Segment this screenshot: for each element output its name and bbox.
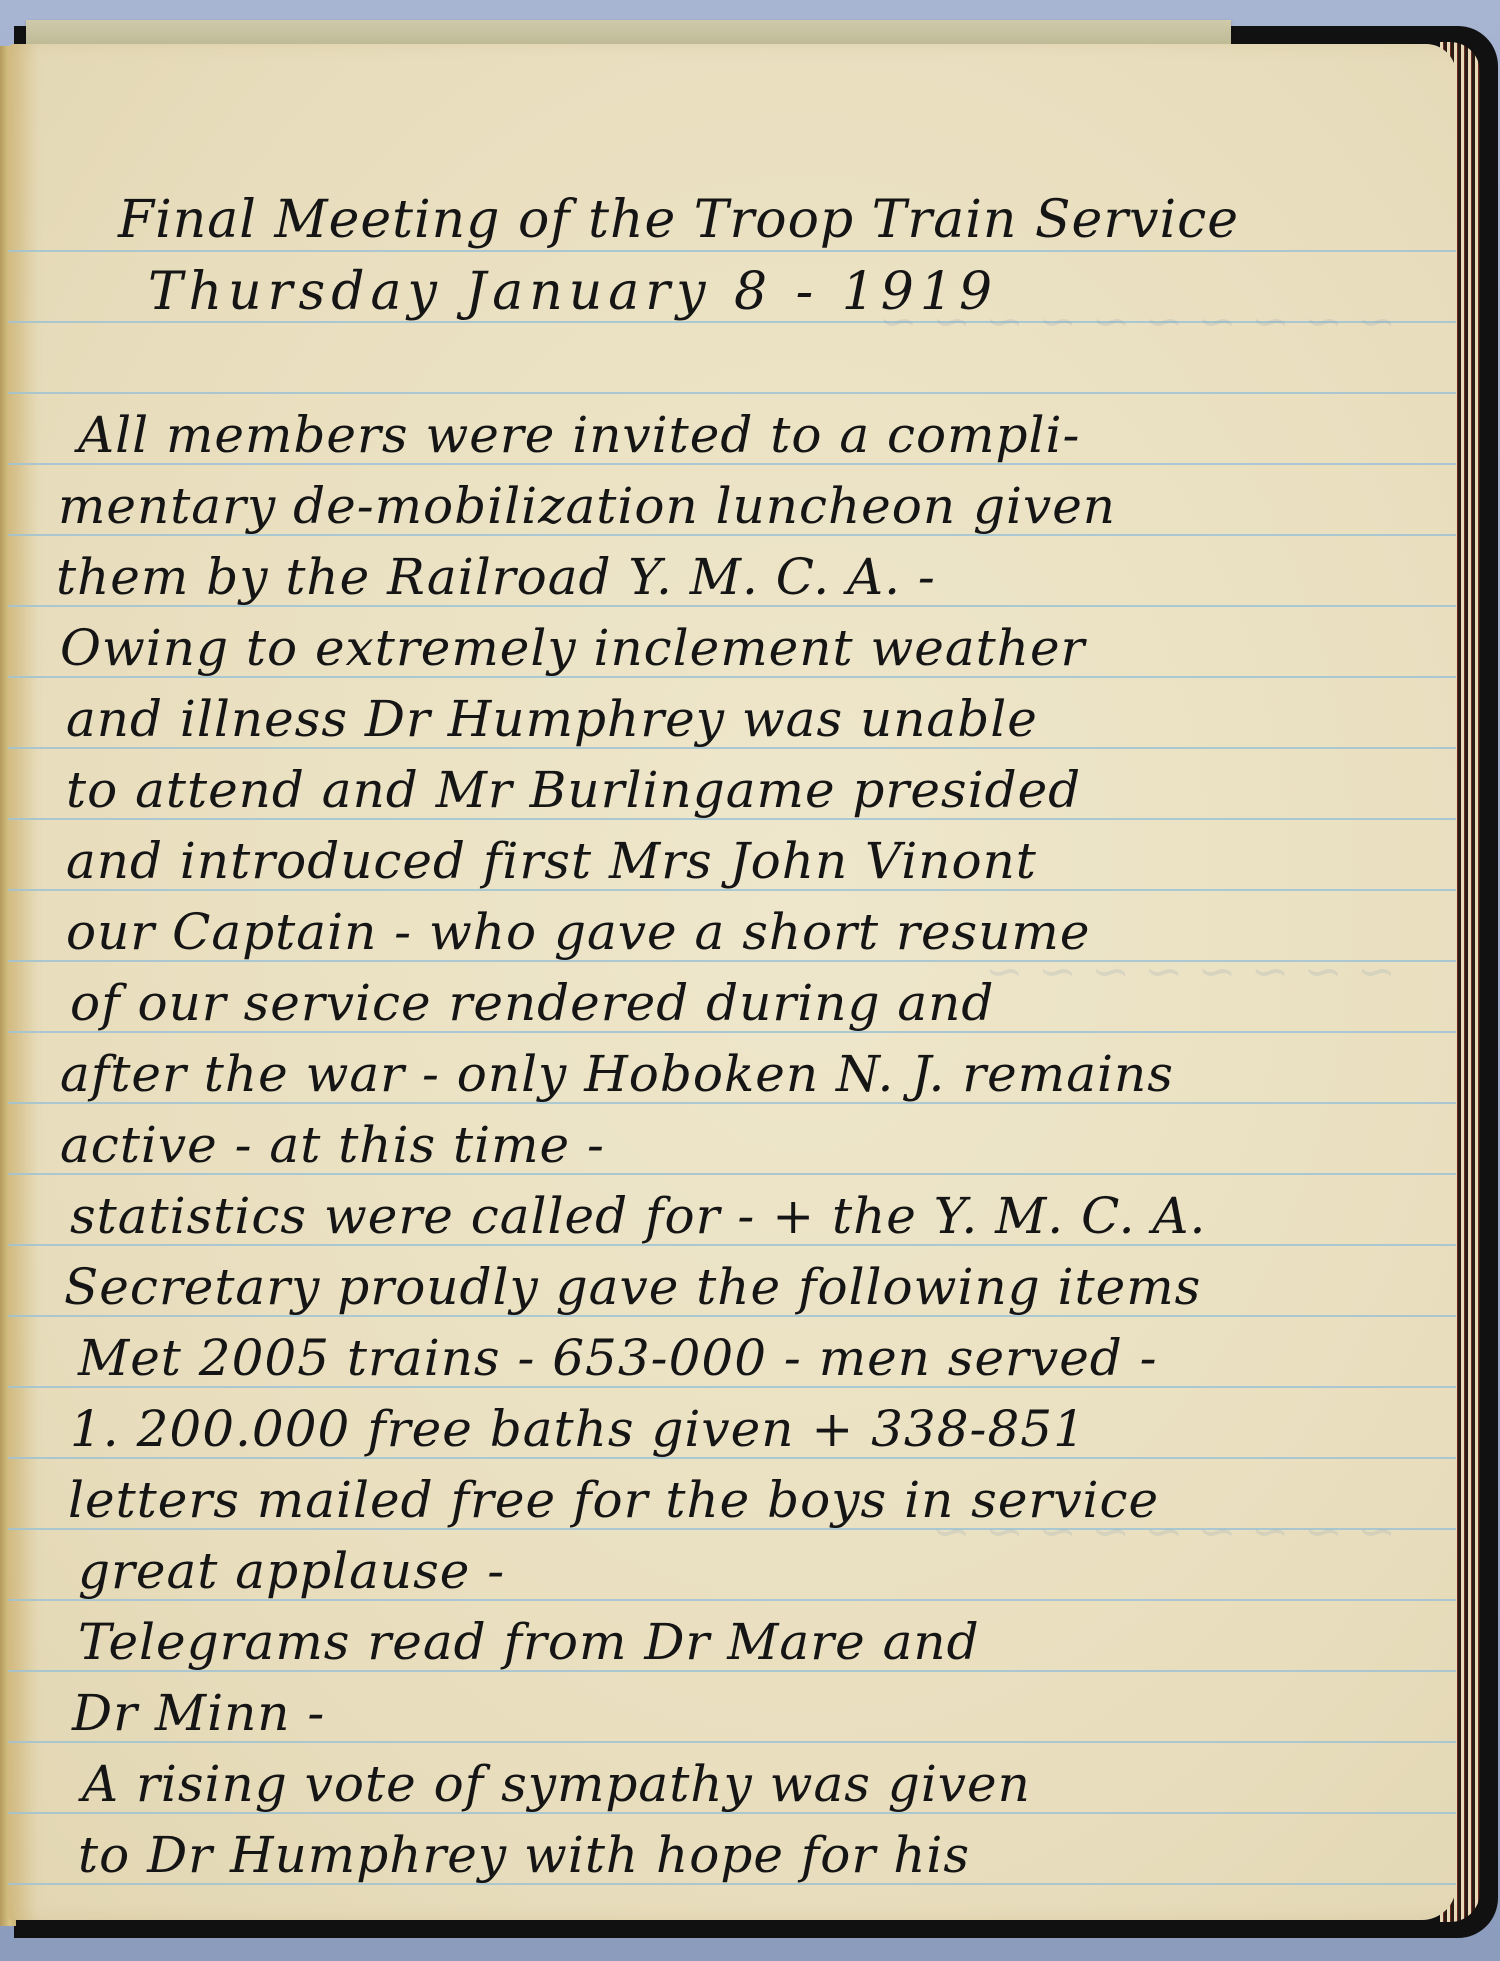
body-line: Telegrams read from Dr Mare and [78, 1617, 980, 1667]
body-line: statistics were called for - + the Y. M.… [70, 1191, 1206, 1241]
body-line: after the war - only Hoboken N. J. remai… [60, 1049, 1174, 1099]
body-line: Met 2005 trains - 653-000 - men served - [78, 1333, 1158, 1383]
notebook-page: ~ ~ ~ ~ ~ ~ ~ ~ ~ ~ ~ ~ ~ ~ ~ ~ ~ ~ ~ ~ … [8, 44, 1456, 1920]
body-line: them by the Railroad Y. M. C. A. - [56, 552, 936, 602]
body-line: our Captain - who gave a short resume [66, 907, 1090, 957]
body-line: Secretary proudly gave the following ite… [64, 1262, 1201, 1312]
body-line: All members were invited to a compli- [78, 410, 1080, 460]
body-line: and introduced first Mrs John Vinont [66, 836, 1037, 886]
body-line: Owing to extremely inclement weather [60, 623, 1085, 673]
body-line: active - at this time - [60, 1120, 605, 1170]
meeting-date: Thursday January 8 - 1919 [148, 266, 998, 318]
ruled-line [8, 250, 1456, 252]
body-line: Dr Minn - [72, 1688, 325, 1738]
body-line: to attend and Mr Burlingame presided [66, 765, 1081, 815]
body-line: great applause - [78, 1546, 505, 1596]
body-line: 1. 200.000 free baths given + 338-851 [70, 1404, 1086, 1454]
body-line: and illness Dr Humphrey was unable [66, 694, 1038, 744]
body-line: of our service rendered during and [70, 978, 994, 1028]
body-line: to Dr Humphrey with hope for his [78, 1830, 970, 1880]
body-line: A rising vote of sympathy was given [82, 1759, 1031, 1809]
body-line: mentary de-mobilization luncheon given [58, 481, 1116, 531]
page-title: Final Meeting of the Troop Train Service [118, 194, 1239, 246]
body-line: letters mailed free for the boys in serv… [68, 1475, 1159, 1525]
ruled-line [8, 392, 1456, 394]
